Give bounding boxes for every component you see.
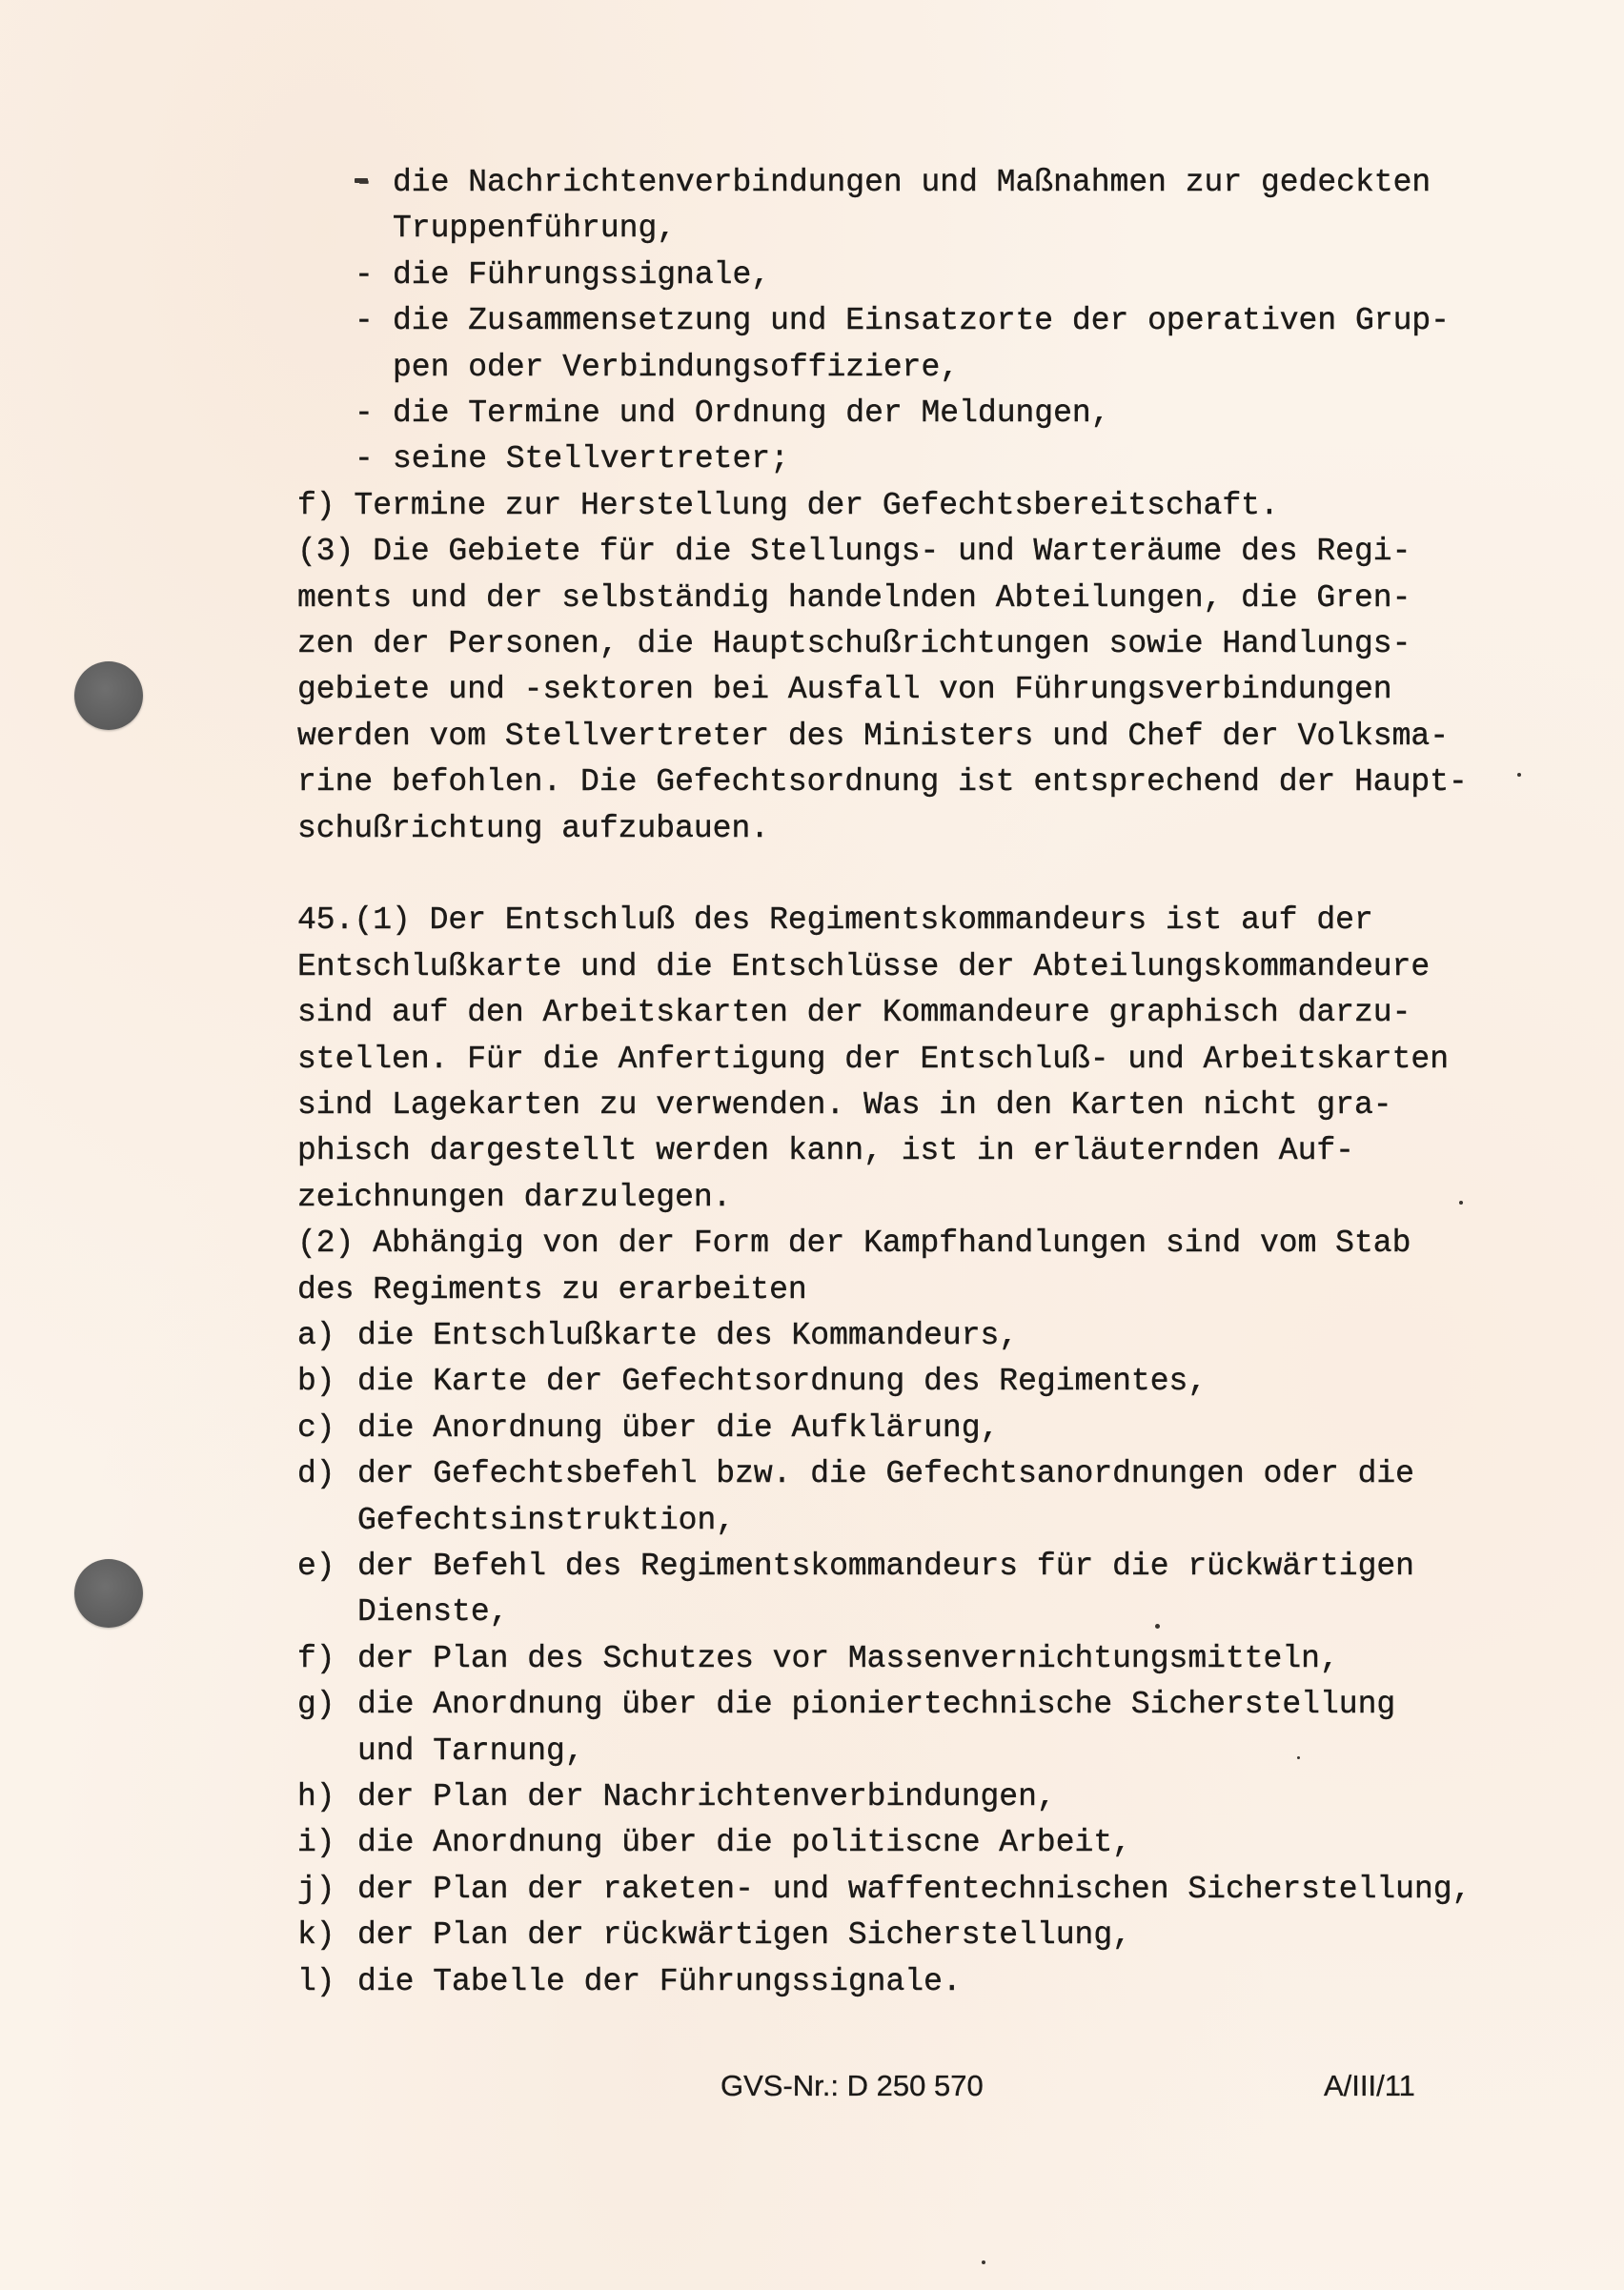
paragraph-line: gebiete und -sektoren bei Ausfall von Fü… — [297, 671, 1392, 709]
list-item-text: der Plan der Nachrichtenverbindungen, — [357, 1778, 1056, 1816]
list-marker: g) — [297, 1686, 335, 1724]
bullet-dash: - — [355, 395, 374, 433]
list-marker: h) — [297, 1778, 335, 1816]
list-marker: k) — [297, 1916, 335, 1955]
paragraph-line: (3) Die Gebiete für die Stellungs- und W… — [297, 533, 1411, 571]
bullet-continuation: pen oder Verbindungsoffiziere, — [393, 349, 959, 387]
scan-speck — [1155, 1624, 1160, 1629]
paragraph-line: 45.(1) Der Entschluß des Regimentskomman… — [297, 902, 1373, 940]
paragraph-line: zen der Personen, die Hauptschußrichtung… — [297, 625, 1411, 663]
bullet-dash: - — [355, 164, 374, 202]
paragraph-line: phisch dargestellt werden kann, ist in e… — [297, 1132, 1354, 1170]
paragraph-line: f) Termine zur Herstellung der Gefechtsb… — [297, 487, 1279, 525]
document-page: -die Nachrichtenverbindungen und Maßnahm… — [0, 0, 1624, 2290]
bullet-dash: - — [355, 440, 374, 478]
bullet-dash: - — [355, 302, 374, 340]
scan-speck — [1517, 773, 1521, 777]
bullet-text: die Zusammensetzung und Einsatzorte der … — [393, 302, 1450, 340]
list-item-text: der Gefechtsbefehl bzw. die Gefechtsanor… — [357, 1455, 1414, 1493]
list-item-continuation: und Tarnung, — [357, 1733, 584, 1771]
punch-hole-icon — [74, 1559, 143, 1628]
paragraph-line: zeichnungen darzulegen. — [297, 1179, 731, 1217]
list-marker: f) — [297, 1640, 335, 1678]
list-item-continuation: Gefechtsinstruktion, — [357, 1502, 735, 1540]
paragraph-line: Entschlußkarte und die Entschlüsse der A… — [297, 948, 1430, 986]
document-reference-number: GVS-Nr.: D 250 570 — [721, 2067, 984, 2105]
scan-speck — [1297, 1756, 1300, 1759]
list-item-continuation: Dienste, — [357, 1593, 508, 1631]
bullet-continuation: Truppenführung, — [393, 210, 676, 248]
list-item-text: die Anordnung über die pioniertechnische… — [357, 1686, 1395, 1724]
list-marker: i) — [297, 1824, 335, 1862]
paragraph-line: des Regiments zu erarbeiten — [297, 1271, 807, 1309]
list-item-text: die Anordnung über die politiscne Arbeit… — [357, 1824, 1131, 1862]
paragraph-line: (2) Abhängig von der Form der Kampfhandl… — [297, 1225, 1411, 1263]
list-item-text: der Plan der raketen- und waffentechnisc… — [357, 1871, 1471, 1909]
list-item-text: der Plan der rückwärtigen Sicherstellung… — [357, 1916, 1131, 1955]
list-marker: b) — [297, 1363, 335, 1401]
list-item-text: die Karte der Gefechtsordnung des Regime… — [357, 1363, 1207, 1401]
paragraph-line: ments und der selbständig handelnden Abt… — [297, 579, 1411, 618]
bullet-text: die Nachrichtenverbindungen und Maßnahme… — [393, 164, 1431, 202]
list-item-text: die Entschlußkarte des Kommandeurs, — [357, 1317, 1018, 1355]
list-marker: e) — [297, 1548, 335, 1586]
scan-speck — [982, 2260, 985, 2264]
bullet-text: seine Stellvertreter; — [393, 440, 789, 478]
list-marker: l) — [297, 1963, 335, 2001]
paragraph-line: sind auf den Arbeitskarten der Kommandeu… — [297, 994, 1411, 1032]
paragraph-line: werden vom Stellvertreter des Ministers … — [297, 718, 1449, 756]
list-marker: c) — [297, 1409, 335, 1448]
scan-speck — [355, 178, 368, 183]
bullet-dash: - — [355, 256, 374, 294]
paragraph-line: stellen. Für die Anfertigung der Entschl… — [297, 1041, 1449, 1079]
list-marker: j) — [297, 1871, 335, 1909]
punch-hole-icon — [74, 661, 143, 730]
list-marker: d) — [297, 1455, 335, 1493]
list-item-text: die Anordnung über die Aufklärung, — [357, 1409, 999, 1448]
list-item-text: der Befehl des Regimentskommandeurs für … — [357, 1548, 1414, 1586]
bullet-text: die Führungssignale, — [393, 256, 770, 294]
list-marker: a) — [297, 1317, 335, 1355]
paragraph-line: sind Lagekarten zu verwenden. Was in den… — [297, 1086, 1392, 1125]
list-item-text: die Tabelle der Führungssignale. — [357, 1963, 962, 2001]
bullet-text: die Termine und Ordnung der Meldungen, — [393, 395, 1110, 433]
scan-speck — [1459, 1201, 1463, 1205]
paragraph-line: rine befohlen. Die Gefechtsordnung ist e… — [297, 763, 1468, 801]
page-code: A/III/11 — [1324, 2067, 1415, 2105]
paragraph-line: schußrichtung aufzubauen. — [297, 810, 769, 848]
list-item-text: der Plan des Schutzes vor Massenvernicht… — [357, 1640, 1339, 1678]
